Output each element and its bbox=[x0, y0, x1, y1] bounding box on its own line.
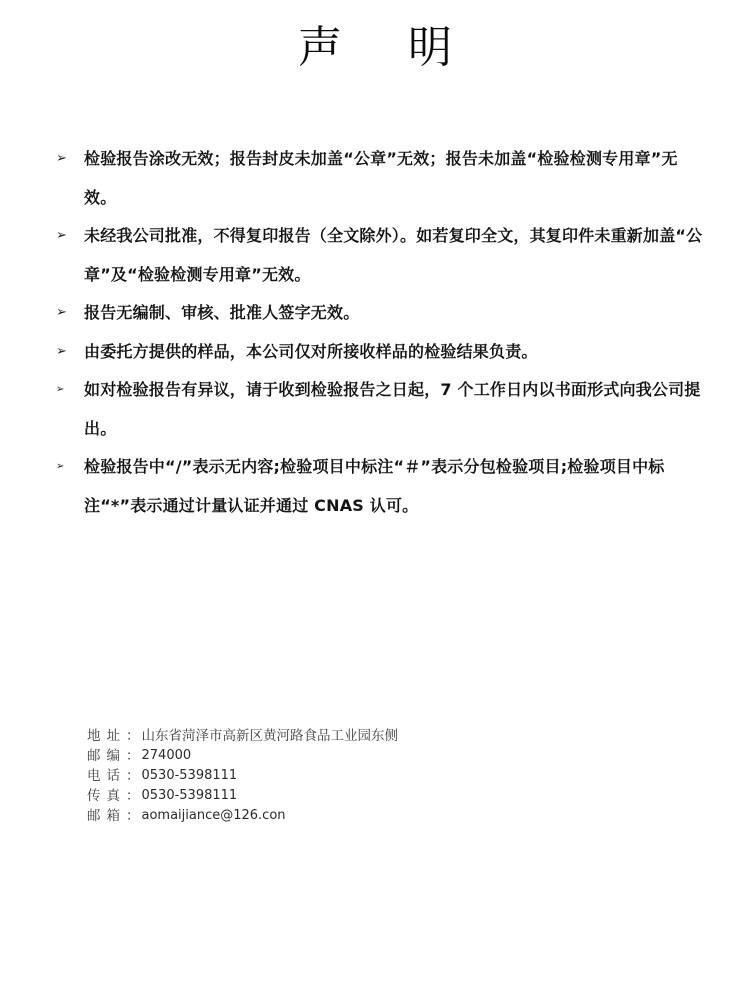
statement-text: 检验报告涂改无效；报告封皮未加盖“公章”无效；报告未加盖“检验检测专用章”无效。 bbox=[84, 149, 678, 207]
contact-separator: ： bbox=[126, 766, 140, 786]
fax-value: 0530-5398111 bbox=[142, 786, 238, 806]
contact-block: 地址 ： 山东省菏泽市高新区黄河路食品工业园东侧 邮编 ： 274000 电话 … bbox=[87, 726, 398, 826]
statement-text: 报告无编制、审核、批准人签字无效。 bbox=[84, 303, 359, 322]
arrow-bullet-icon: ➢ bbox=[56, 217, 72, 256]
contact-postcode-row: 邮编 ： 274000 bbox=[87, 746, 398, 766]
arrow-bullet-icon: ➢ bbox=[56, 371, 72, 410]
address-value: 山东省菏泽市高新区黄河路食品工业园东侧 bbox=[142, 726, 399, 746]
contact-label: 电话 bbox=[87, 766, 126, 786]
statement-item: ➢ 由委托方提供的样品，本公司仅对所接收样品的检验结果负责。 bbox=[56, 333, 706, 372]
contact-separator: ： bbox=[126, 726, 140, 746]
contact-address-row: 地址 ： 山东省菏泽市高新区黄河路食品工业园东侧 bbox=[87, 726, 398, 746]
statement-text: 如对检验报告有异议，请于收到检验报告之日起，7 个工作日内以书面形式向我公司提出… bbox=[84, 380, 701, 438]
postcode-value: 274000 bbox=[142, 746, 192, 766]
statement-text: 由委托方提供的样品，本公司仅对所接收样品的检验结果负责。 bbox=[84, 342, 538, 361]
statement-text: 检验报告中“/”表示无内容;检验项目中标注“＃”表示分包检验项目;检验项目中标注… bbox=[84, 457, 665, 515]
contact-label: 传真 bbox=[87, 786, 126, 806]
phone-value: 0530-5398111 bbox=[142, 766, 238, 786]
statement-item: ➢ 如对检验报告有异议，请于收到检验报告之日起，7 个工作日内以书面形式向我公司… bbox=[56, 371, 706, 448]
contact-phone-row: 电话 ： 0530-5398111 bbox=[87, 766, 398, 786]
contact-label: 邮编 bbox=[87, 746, 126, 766]
contact-separator: ： bbox=[126, 806, 140, 826]
contact-separator: ： bbox=[126, 746, 140, 766]
contact-label: 邮箱 bbox=[87, 806, 126, 826]
email-value: aomaijiance@126.con bbox=[142, 806, 286, 826]
arrow-bullet-icon: ➢ bbox=[56, 294, 72, 333]
statement-item: ➢ 未经我公司批准，不得复印报告（全文除外）。如若复印全文，其复印件未重新加盖“… bbox=[56, 217, 706, 294]
contact-label: 地址 bbox=[87, 726, 126, 746]
statement-item: ➢ 检验报告中“/”表示无内容;检验项目中标注“＃”表示分包检验项目;检验项目中… bbox=[56, 448, 706, 525]
contact-fax-row: 传真 ： 0530-5398111 bbox=[87, 786, 398, 806]
statement-item: ➢ 报告无编制、审核、批准人签字无效。 bbox=[56, 294, 706, 333]
statement-list: ➢ 检验报告涂改无效；报告封皮未加盖“公章”无效；报告未加盖“检验检测专用章”无… bbox=[56, 140, 706, 525]
page-title: 声 明 bbox=[0, 18, 750, 78]
arrow-bullet-icon: ➢ bbox=[56, 140, 72, 179]
statement-item: ➢ 检验报告涂改无效；报告封皮未加盖“公章”无效；报告未加盖“检验检测专用章”无… bbox=[56, 140, 706, 217]
contact-email-row: 邮箱 ： aomaijiance@126.con bbox=[87, 806, 398, 826]
arrow-bullet-icon: ➢ bbox=[56, 333, 72, 372]
arrow-bullet-icon: ➢ bbox=[56, 448, 72, 487]
contact-separator: ： bbox=[126, 786, 140, 806]
statement-text: 未经我公司批准，不得复印报告（全文除外）。如若复印全文，其复印件未重新加盖“公章… bbox=[84, 226, 702, 284]
